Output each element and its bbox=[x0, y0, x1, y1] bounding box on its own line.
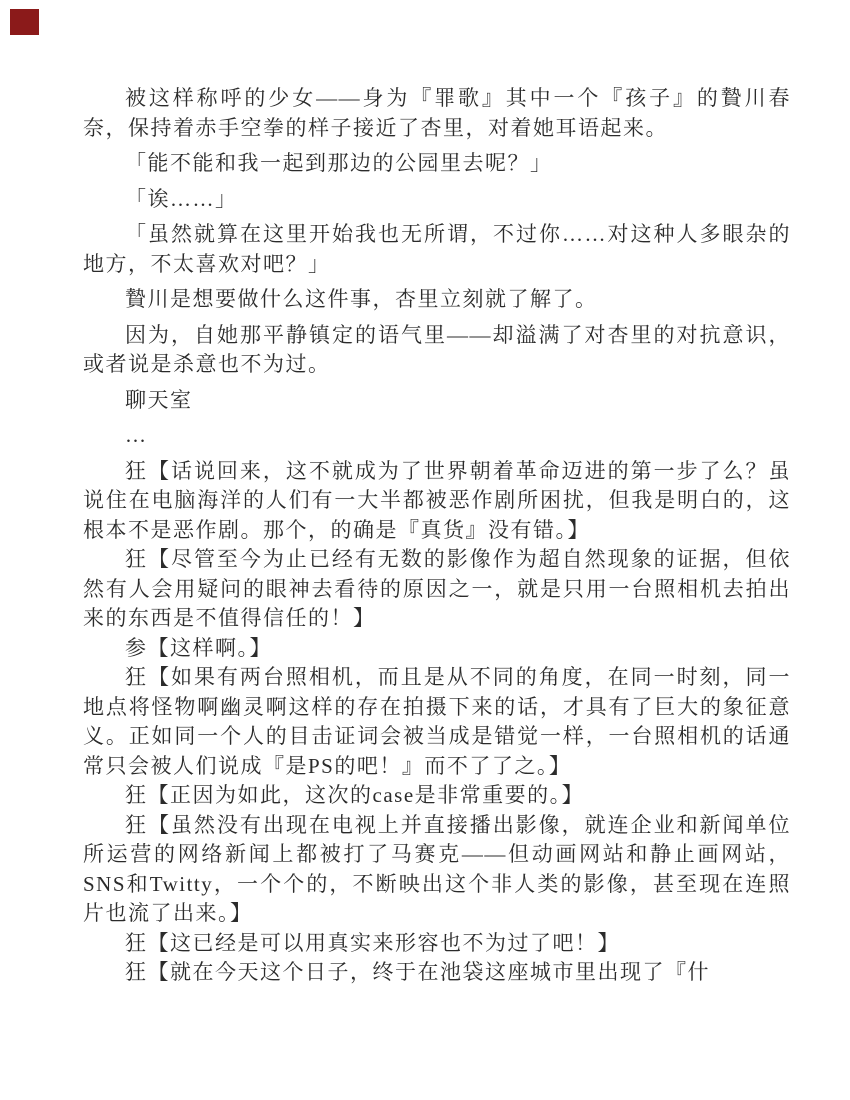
page-text: 被这样称呼的少女——身为『罪歌』其中一个『孩子』的贄川春奈，保持着赤手空拳的样子… bbox=[83, 84, 791, 988]
paragraph: 贄川是想要做什么这件事，杏里立刻就了解了。 bbox=[83, 285, 791, 315]
dialogue-line: 「虽然就算在这里开始我也无所谓，不过你……对这种人多眼杂的地方，不太喜欢对吧？」 bbox=[83, 220, 791, 279]
chat-message: 狂【如果有两台照相机，而且是从不同的角度，在同一时刻，同一地点将怪物啊幽灵啊这样… bbox=[83, 663, 791, 781]
paragraph: 被这样称呼的少女——身为『罪歌』其中一个『孩子』的贄川春奈，保持着赤手空拳的样子… bbox=[83, 84, 791, 143]
dialogue-line: 「能不能和我一起到那边的公园里去呢？」 bbox=[83, 149, 791, 179]
chat-message: 狂【话说回来，这不就成为了世界朝着革命迈进的第一步了么？虽说住在电脑海洋的人们有… bbox=[83, 457, 791, 546]
chat-message: 狂【就在今天这个日子，终于在池袋这座城市里出现了『什 bbox=[83, 958, 791, 988]
chat-message: 参【这样啊。】 bbox=[83, 634, 791, 664]
ellipsis-line: … bbox=[83, 421, 791, 451]
chat-message: 狂【这已经是可以用真实来形容也不为过了吧！】 bbox=[83, 929, 791, 959]
paragraph: 因为，自她那平静镇定的语气里——却溢满了对杏里的对抗意识，或者说是杀意也不为过。 bbox=[83, 321, 791, 380]
chat-message: 狂【正因为如此，这次的case是非常重要的。】 bbox=[83, 781, 791, 811]
chat-message: 狂【尽管至今为止已经有无数的影像作为超自然现象的证据，但依然有人会用疑问的眼神去… bbox=[83, 545, 791, 634]
bookmark-marker-icon bbox=[10, 9, 39, 35]
chat-message: 狂【虽然没有出现在电视上并直接播出影像，就连企业和新闻单位所运营的网络新闻上都被… bbox=[83, 811, 791, 929]
chatroom-label: 聊天室 bbox=[83, 386, 791, 416]
dialogue-line: 「诶……」 bbox=[83, 185, 791, 215]
